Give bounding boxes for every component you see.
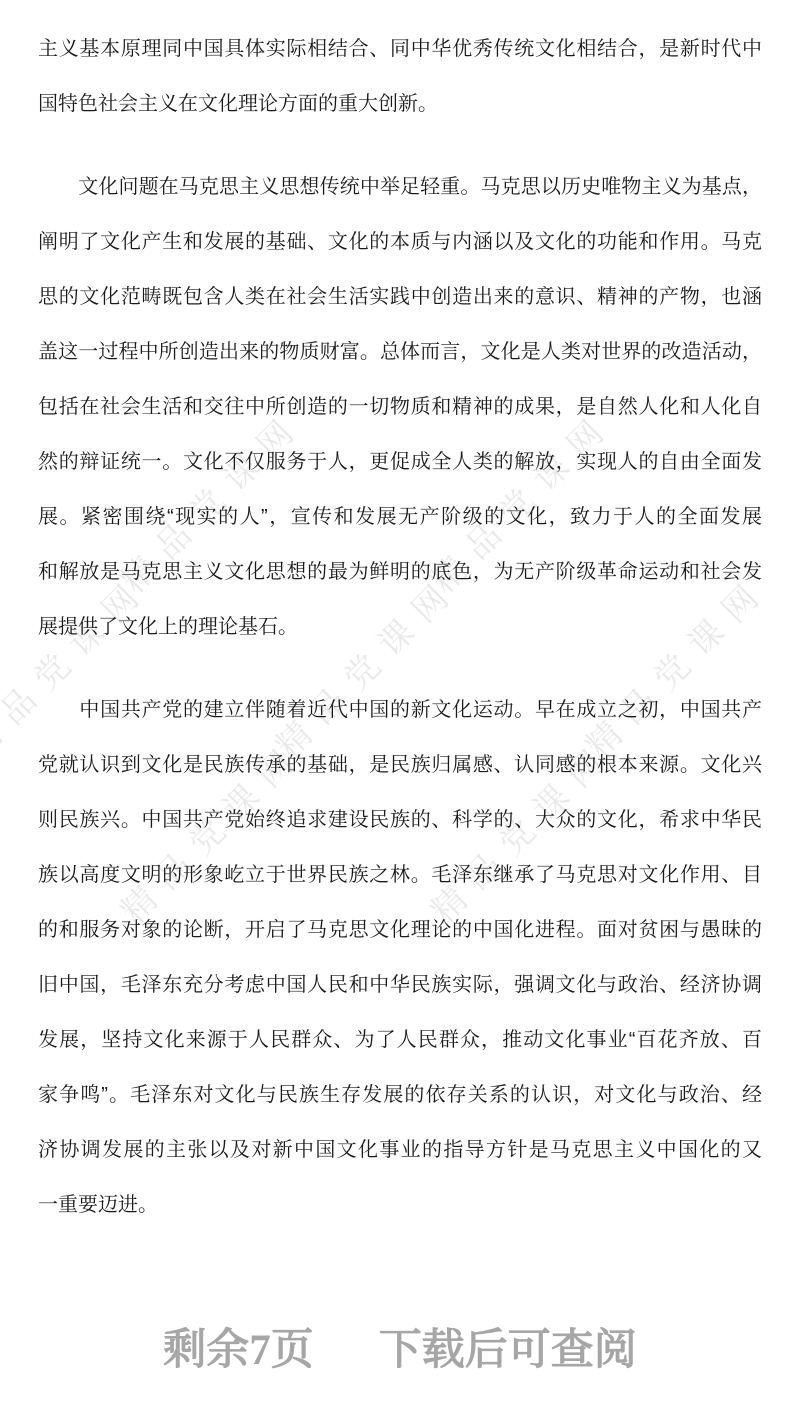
text-line: 展提供了文化上的理论基石。 (38, 600, 762, 655)
text-line: 则民族兴。中国共产党始终追求建设民族的、科学的、大众的文化，希求中华民 (38, 793, 762, 848)
text-line: 主义基本原理同中国具体实际相结合、同中华优秀传统文化相结合，是新时代中 (38, 22, 762, 77)
text-line: 的和服务对象的论断，开启了马克思文化理论的中国化进程。面对贫困与愚昧的 (38, 903, 762, 958)
text-line: 阐明了文化产生和发展的基础、文化的本质与内涵以及文化的功能和作用。马克 (38, 215, 762, 270)
text-line: 展。紧密围绕“现实的人”，宣传和发展无产阶级的文化，致力于人的全面发展 (38, 490, 762, 545)
text-line: 和解放是马克思主义文化思想的最为鲜明的底色，为无产阶级革命运动和社会发 (38, 545, 762, 600)
text-line: 国特色社会主义在文化理论方面的重大创新。 (38, 77, 762, 132)
paragraph: 中国共产党的建立伴随着近代中国的新文化运动。早在成立之初，中国共产党就认识到文化… (38, 683, 762, 1233)
text-line: 旧中国，毛泽东充分考虑中国人民和中华民族实际，强调文化与政治、经济协调 (38, 958, 762, 1013)
document-body: 主义基本原理同中国具体实际相结合、同中华优秀传统文化相结合，是新时代中国特色社会… (38, 22, 762, 1233)
text-line: 一重要迈进。 (38, 1178, 762, 1233)
download-hint-label: 下载后可查阅 (379, 1327, 637, 1374)
text-line: 济协调发展的主张以及对新中国文化事业的指导方针是马克思主义中国化的又 (38, 1123, 762, 1178)
pages-remaining-label: 剩余7页 (163, 1327, 314, 1374)
paragraph: 文化问题在马克思主义思想传统中举足轻重。马克思以历史唯物主义为基点，阐明了文化产… (38, 160, 762, 655)
text-line: 盖这一过程中所创造出来的物质财富。总体而言，文化是人类对世界的改造活动， (38, 325, 762, 380)
text-line: 文化问题在马克思主义思想传统中举足轻重。马克思以历史唯物主义为基点， (38, 160, 762, 215)
document-page: 精品党课网精品党课网精品党课网精品党课网精品党课网精品党课网精品党课网 主义基本… (0, 0, 800, 1421)
text-line: 发展，坚持文化来源于人民群众、为了人民群众，推动文化事业“百花齐放、百 (38, 1013, 762, 1068)
text-line: 中国共产党的建立伴随着近代中国的新文化运动。早在成立之初，中国共产 (38, 683, 762, 738)
text-line: 族以高度文明的形象屹立于世界民族之林。毛泽东继承了马克思对文化作用、目 (38, 848, 762, 903)
remaining-pages-banner: 剩余7页下载后可查阅 (0, 1316, 800, 1377)
text-line: 党就认识到文化是民族传承的基础，是民族归属感、认同感的根本来源。文化兴 (38, 738, 762, 793)
text-line: 然的辩证统一。文化不仅服务于人，更促成全人类的解放，实现人的自由全面发 (38, 435, 762, 490)
paragraph: 主义基本原理同中国具体实际相结合、同中华优秀传统文化相结合，是新时代中国特色社会… (38, 22, 762, 132)
text-line: 家争鸣”。毛泽东对文化与民族生存发展的依存关系的认识，对文化与政治、经 (38, 1068, 762, 1123)
text-line: 包括在社会生活和交往中所创造的一切物质和精神的成果，是自然人化和人化自 (38, 380, 762, 435)
text-line: 思的文化范畴既包含人类在社会生活实践中创造出来的意识、精神的产物，也涵 (38, 270, 762, 325)
